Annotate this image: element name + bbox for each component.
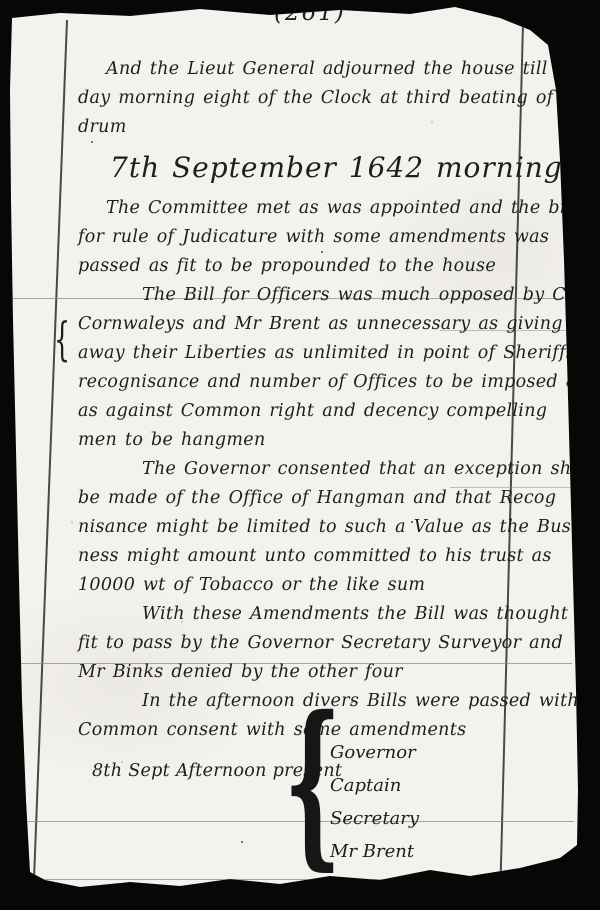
paper-sheet: (261) { And the Lieut General adjourned … (0, 0, 600, 910)
attendance-names-list: GovernorCaptainSecretaryMr Brent (330, 737, 419, 869)
scan-background: (261) { And the Lieut General adjourned … (0, 0, 600, 910)
manuscript-line: day morning eight of the Clock at third … (78, 85, 548, 114)
attendance-name: Governor (330, 737, 419, 770)
manuscript-line: ness might amount unto committed to his … (78, 543, 548, 572)
manuscript-line: The Committee met as was appointed and t… (78, 195, 548, 224)
manuscript-text-block: And the Lieut General adjourned the hous… (78, 56, 548, 746)
manuscript-line: drum (78, 114, 548, 143)
manuscript-line: away their Liberties as unlimited in poi… (78, 340, 548, 369)
manuscript-line: passed as fit to be propounded to the ho… (78, 253, 548, 282)
margin-brace-mark: { (54, 316, 70, 362)
manuscript-line: fit to pass by the Governor Secretary Su… (78, 630, 548, 659)
manuscript-line: recognisance and number of Offices to be… (78, 369, 548, 398)
manuscript-line: for rule of Judicature with some amendme… (78, 224, 548, 253)
attendance-name: Captain (330, 770, 419, 803)
manuscript-line: be made of the Office of Hangman and tha… (78, 485, 548, 514)
manuscript-line: nisance might be limited to such a Value… (78, 514, 548, 543)
manuscript-line: With these Amendments the Bill was thoug… (78, 601, 548, 630)
manuscript-line: Cornwaleys and Mr Brent as unnecessary a… (78, 311, 548, 340)
manuscript-line: 10000 wt of Tobacco or the like sum (78, 572, 548, 601)
date-heading: 7th September 1642 morning (78, 143, 548, 195)
manuscript-line: The Governor consented that an exception… (78, 456, 548, 485)
manuscript-line: And the Lieut General adjourned the hous… (78, 56, 548, 85)
left-margin-rule (33, 20, 68, 881)
manuscript-line: as against Common right and decency comp… (78, 398, 548, 427)
attendance-section: 8th Sept Afternoon present { GovernorCap… (78, 735, 498, 885)
attendance-name: Mr Brent (330, 836, 419, 869)
attendance-name: Secretary (330, 803, 419, 836)
page-number: (261) (240, 0, 380, 26)
manuscript-line: The Bill for Officers was much opposed b… (78, 282, 548, 311)
manuscript-line: men to be hangmen (78, 427, 548, 456)
